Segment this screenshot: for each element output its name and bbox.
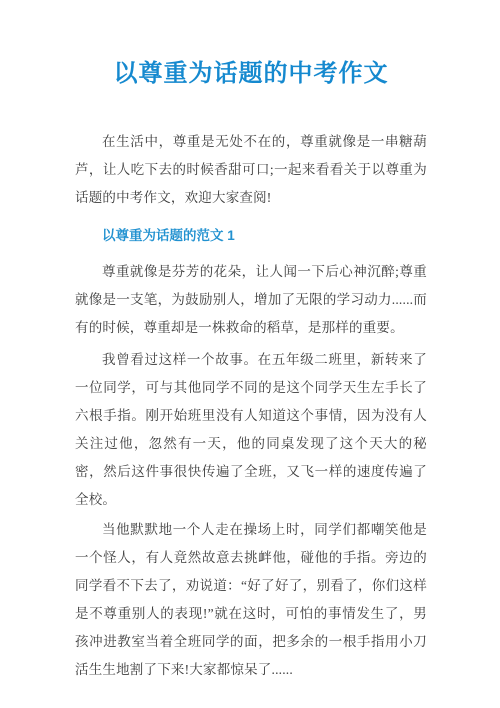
paragraph-essay-3: 当他默默地一个人走在操场上时，同学们都嘲笑他是一个怪人，有人竟然故意去挑衅他，碰… — [75, 516, 427, 684]
document-page: 以尊重为话题的中考作文 在生活中，尊重是无处不在的，尊重就像是一串糖葫芦，让人吃… — [0, 0, 500, 708]
document-title: 以尊重为话题的中考作文 — [75, 57, 427, 91]
paragraph-essay-2: 我曾看过这样一个故事。在五年级二班里，新转来了一位同学，可与其他同学不同的是这个… — [75, 346, 427, 514]
paragraph-essay-1: 尊重就像是芬芳的花朵，让人闻一下后心神沉醉;尊重就像是一支笔，为鼓励别人，增加了… — [75, 258, 427, 342]
section-subheading: 以尊重为话题的范文 1 — [75, 224, 427, 248]
paragraph-intro: 在生活中，尊重是无处不在的，尊重就像是一串糖葫芦，让人吃下去的时候香甜可口;一起… — [75, 128, 427, 212]
